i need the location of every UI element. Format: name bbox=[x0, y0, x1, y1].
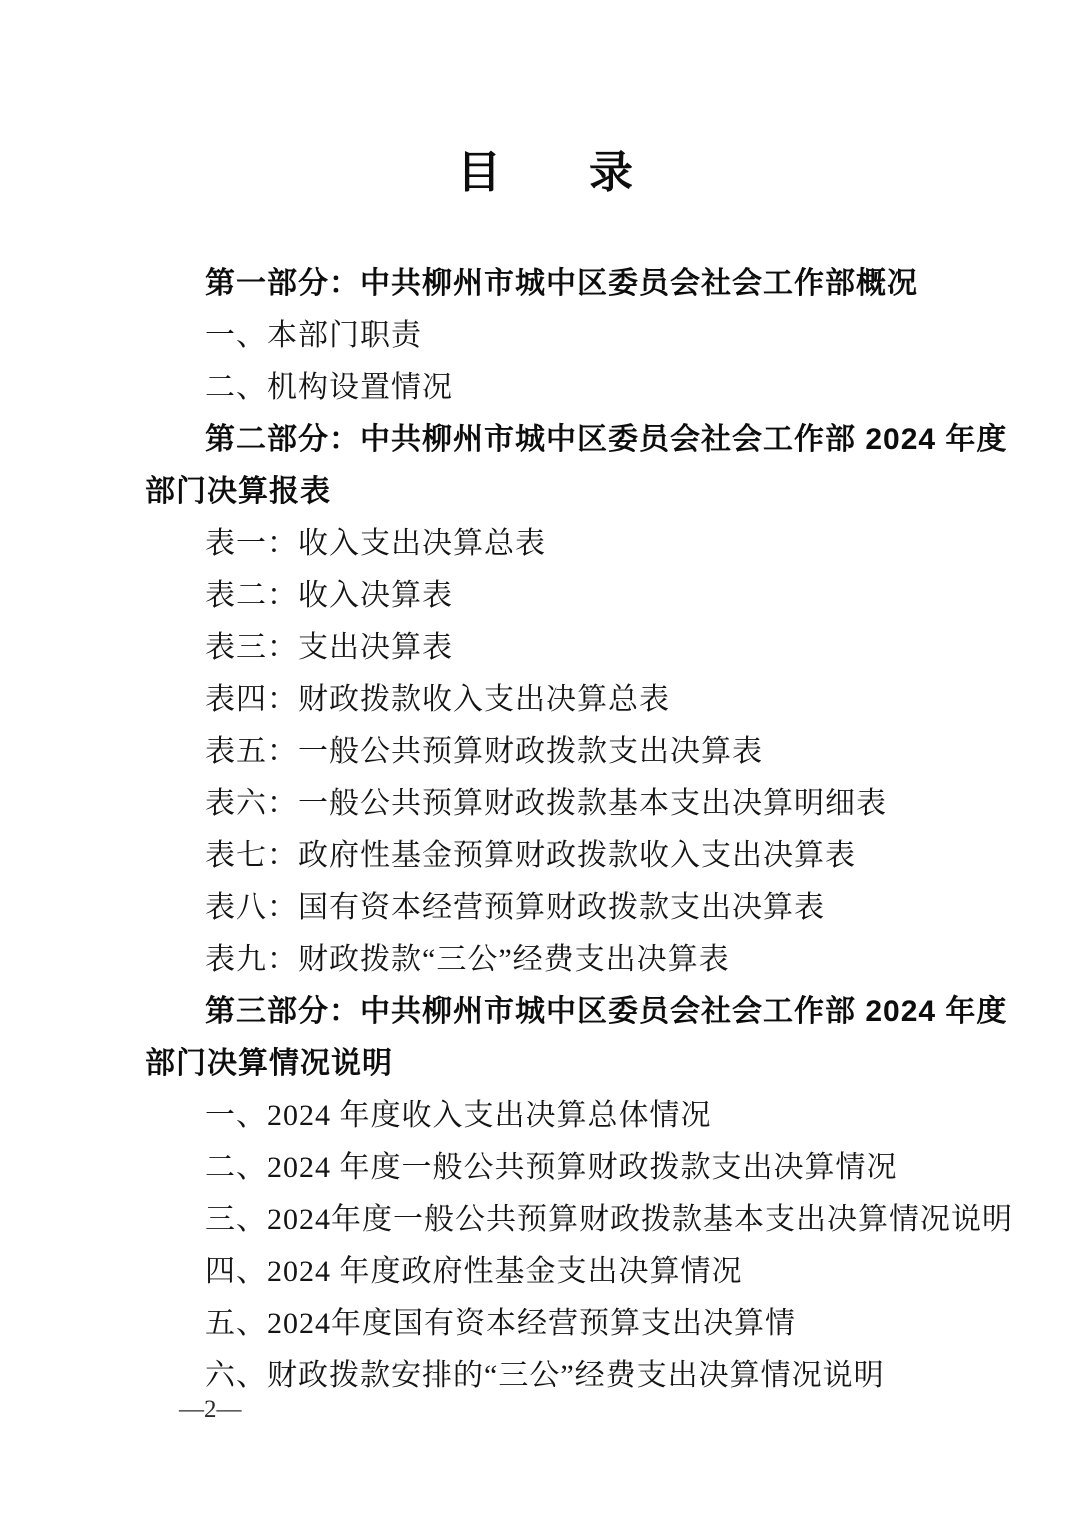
toc-item: 三、2024年度一般公共预算财政拨款基本支出决算情况说明 bbox=[145, 1194, 945, 1246]
document-page: 目录 第一部分：中共柳州市城中区委员会社会工作部概况 一、本部门职责 二、机构设… bbox=[0, 0, 1074, 1520]
toc-item: 表四：财政拨款收入支出决算总表 bbox=[145, 674, 945, 726]
part1-heading: 第一部分：中共柳州市城中区委员会社会工作部概况 bbox=[145, 258, 945, 310]
toc-item: 表五：一般公共预算财政拨款支出决算表 bbox=[145, 726, 945, 778]
part2-heading-line1: 第二部分：中共柳州市城中区委员会社会工作部 2024 年度 bbox=[145, 414, 945, 466]
title-char-left: 目 bbox=[457, 148, 501, 197]
page-title: 目录 bbox=[145, 138, 945, 208]
toc-item: 表六：一般公共预算财政拨款基本支出决算明细表 bbox=[145, 778, 945, 830]
toc-item: 表一：收入支出决算总表 bbox=[145, 518, 945, 570]
part3-heading-line2: 部门决算情况说明 bbox=[145, 1038, 945, 1090]
part3-heading-line1: 第三部分：中共柳州市城中区委员会社会工作部 2024 年度 bbox=[145, 986, 945, 1038]
title-char-right: 录 bbox=[589, 148, 633, 197]
toc-item: 一、本部门职责 bbox=[145, 310, 945, 362]
toc-item: 表三：支出决算表 bbox=[145, 622, 945, 674]
toc-item: 表二：收入决算表 bbox=[145, 570, 945, 622]
toc-part-1: 第一部分：中共柳州市城中区委员会社会工作部概况 一、本部门职责 二、机构设置情况 bbox=[145, 258, 945, 414]
toc-part-2: 第二部分：中共柳州市城中区委员会社会工作部 2024 年度 部门决算报表 表一：… bbox=[145, 414, 945, 986]
toc-item: 二、机构设置情况 bbox=[145, 362, 945, 414]
toc-part-3: 第三部分：中共柳州市城中区委员会社会工作部 2024 年度 部门决算情况说明 一… bbox=[145, 986, 945, 1402]
toc-item: 表七：政府性基金预算财政拨款收入支出决算表 bbox=[145, 830, 945, 882]
part2-heading-line2: 部门决算报表 bbox=[145, 466, 945, 518]
toc-item: 五、2024年度国有资本经营预算支出决算情 bbox=[145, 1298, 945, 1350]
toc-item: 表九：财政拨款“三公”经费支出决算表 bbox=[145, 934, 945, 986]
toc-content: 目录 第一部分：中共柳州市城中区委员会社会工作部概况 一、本部门职责 二、机构设… bbox=[145, 138, 945, 1402]
toc-item: 四、2024 年度政府性基金支出决算情况 bbox=[145, 1246, 945, 1298]
toc-item: 表八：国有资本经营预算财政拨款支出决算表 bbox=[145, 882, 945, 934]
toc-item: 一、2024 年度收入支出决算总体情况 bbox=[145, 1090, 945, 1142]
page-number: —2— bbox=[179, 1396, 242, 1424]
toc-item: 二、2024 年度一般公共预算财政拨款支出决算情况 bbox=[145, 1142, 945, 1194]
toc-item: 六、财政拨款安排的“三公”经费支出决算情况说明 bbox=[145, 1350, 945, 1402]
